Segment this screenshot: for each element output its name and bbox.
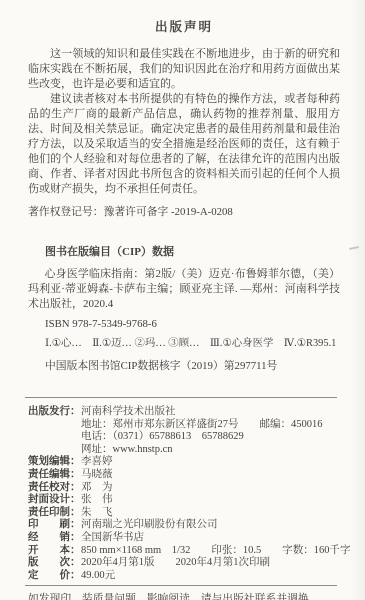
publication-value: 地址：郑州市郑东新区祥盛街27号 邮编：450016	[81, 419, 323, 430]
publication-value: 49.00元	[81, 570, 115, 581]
cip-record-number: 中国版本图书馆CIP数据核字（2019）第297711号	[45, 359, 340, 373]
publication-value: 850 mm×1168 mm 1/32 印张：10.5 字数：160千字	[81, 545, 351, 556]
publication-value: 全国新华书店	[81, 532, 144, 543]
notice-paragraph: 这一领域的知识和最佳实践在不断地进步，由于新的研究和临床实践在不断拓展，我们的知…	[28, 47, 340, 92]
publication-label: 出版发行：	[28, 406, 81, 419]
cip-classification: Ⅰ.①心… Ⅱ.①迈… ②玛… ③顾… Ⅲ.①心身医学 Ⅳ.①R395.1	[45, 337, 340, 351]
publication-row: 封面设计：张 伟	[28, 494, 340, 507]
divider-line-bottom	[25, 585, 337, 586]
cip-isbn: ISBN 978-7-5349-9768-6	[45, 317, 340, 331]
publication-value: 张 伟	[81, 494, 113, 505]
publication-row: 版 次：2020年4月第1版 2020年4月第1次印刷	[28, 557, 340, 570]
publication-row: 责任编辑：马晓薇	[28, 469, 340, 482]
cip-heading: 图书在版编目（CIP）数据	[45, 243, 340, 259]
publication-label: 印 刷：	[28, 519, 81, 532]
publication-row: 开 本：850 mm×1168 mm 1/32 印张：10.5 字数：160千字	[28, 545, 340, 558]
publication-label: 经 销：	[28, 532, 81, 545]
publication-row: 定 价：49.00元	[28, 570, 340, 583]
publication-label: 定 价：	[28, 570, 81, 583]
page-title: 出版声明	[28, 17, 340, 35]
publication-label: 策划编辑：	[28, 456, 81, 469]
publication-value: 2020年4月第1版 2020年4月第1次印刷	[81, 557, 270, 568]
publication-label: 责任校对：	[28, 482, 81, 495]
publication-label: 责任印制：	[28, 507, 81, 520]
notice-paragraph: 建议读者核对本书所提供的有特色的操作方法，或者每种药品的生产厂商的最新产品信息，…	[28, 92, 340, 197]
publication-row: 出版发行：河南科学技术出版社	[28, 406, 340, 419]
publication-notice: 这一领域的知识和最佳实践在不断地进步，由于新的研究和临床实践在不断拓展，我们的知…	[28, 47, 340, 197]
copyright-registration-line: 著作权登记号：豫著许可备字 -2019-A-0208	[28, 205, 340, 219]
footer-note: 如发现印、装质量问题，影响阅读，请与出版社联系并调换。	[28, 592, 340, 600]
cip-description: 心身医学临床指南：第2版/（美）迈克·布鲁姆菲尔德，（美）玛利亚·蒂亚姆森-卡萨…	[28, 267, 340, 312]
publication-value: 李喜婷	[81, 456, 113, 467]
publication-info-block: 出版发行：河南科学技术出版社 地址：郑州市郑东新区祥盛街27号 邮编：45001…	[28, 406, 340, 582]
publication-row: 印 刷：河南瑞之光印刷股份有限公司	[28, 519, 340, 532]
copyright-page: 出版声明 这一领域的知识和最佳实践在不断地进步，由于新的研究和临床实践在不断拓展…	[0, 0, 365, 600]
publication-row: 地址：郑州市郑东新区祥盛街27号 邮编：450016	[28, 419, 340, 432]
divider-line-top	[25, 397, 337, 398]
publication-value: 朱 飞	[81, 507, 113, 518]
publication-label: 责任编辑：	[28, 469, 81, 482]
publication-label: 版 次：	[28, 557, 81, 570]
publication-row: 责任印制：朱 飞	[28, 507, 340, 520]
publication-label: 开 本：	[28, 545, 81, 558]
publication-row: 经 销：全国新华书店	[28, 532, 340, 545]
publication-value: 河南瑞之光印刷股份有限公司	[81, 519, 218, 530]
publication-value: 网址：www.hnstp.cn	[81, 444, 172, 455]
publication-row: 策划编辑：李喜婷	[28, 456, 340, 469]
pencil-mark	[349, 246, 359, 250]
publication-value: 河南科学技术出版社	[81, 406, 176, 417]
publication-value: 马晓薇	[81, 469, 113, 480]
publication-row: 责任校对：邓 为	[28, 482, 340, 495]
publication-row: 网址：www.hnstp.cn	[28, 444, 340, 457]
publication-row: 电话：（0371）65788613 65788629	[28, 431, 340, 444]
publication-value: 邓 为	[81, 482, 113, 493]
publication-label: 封面设计：	[28, 494, 81, 507]
publication-value: 电话：（0371）65788613 65788629	[81, 431, 244, 442]
